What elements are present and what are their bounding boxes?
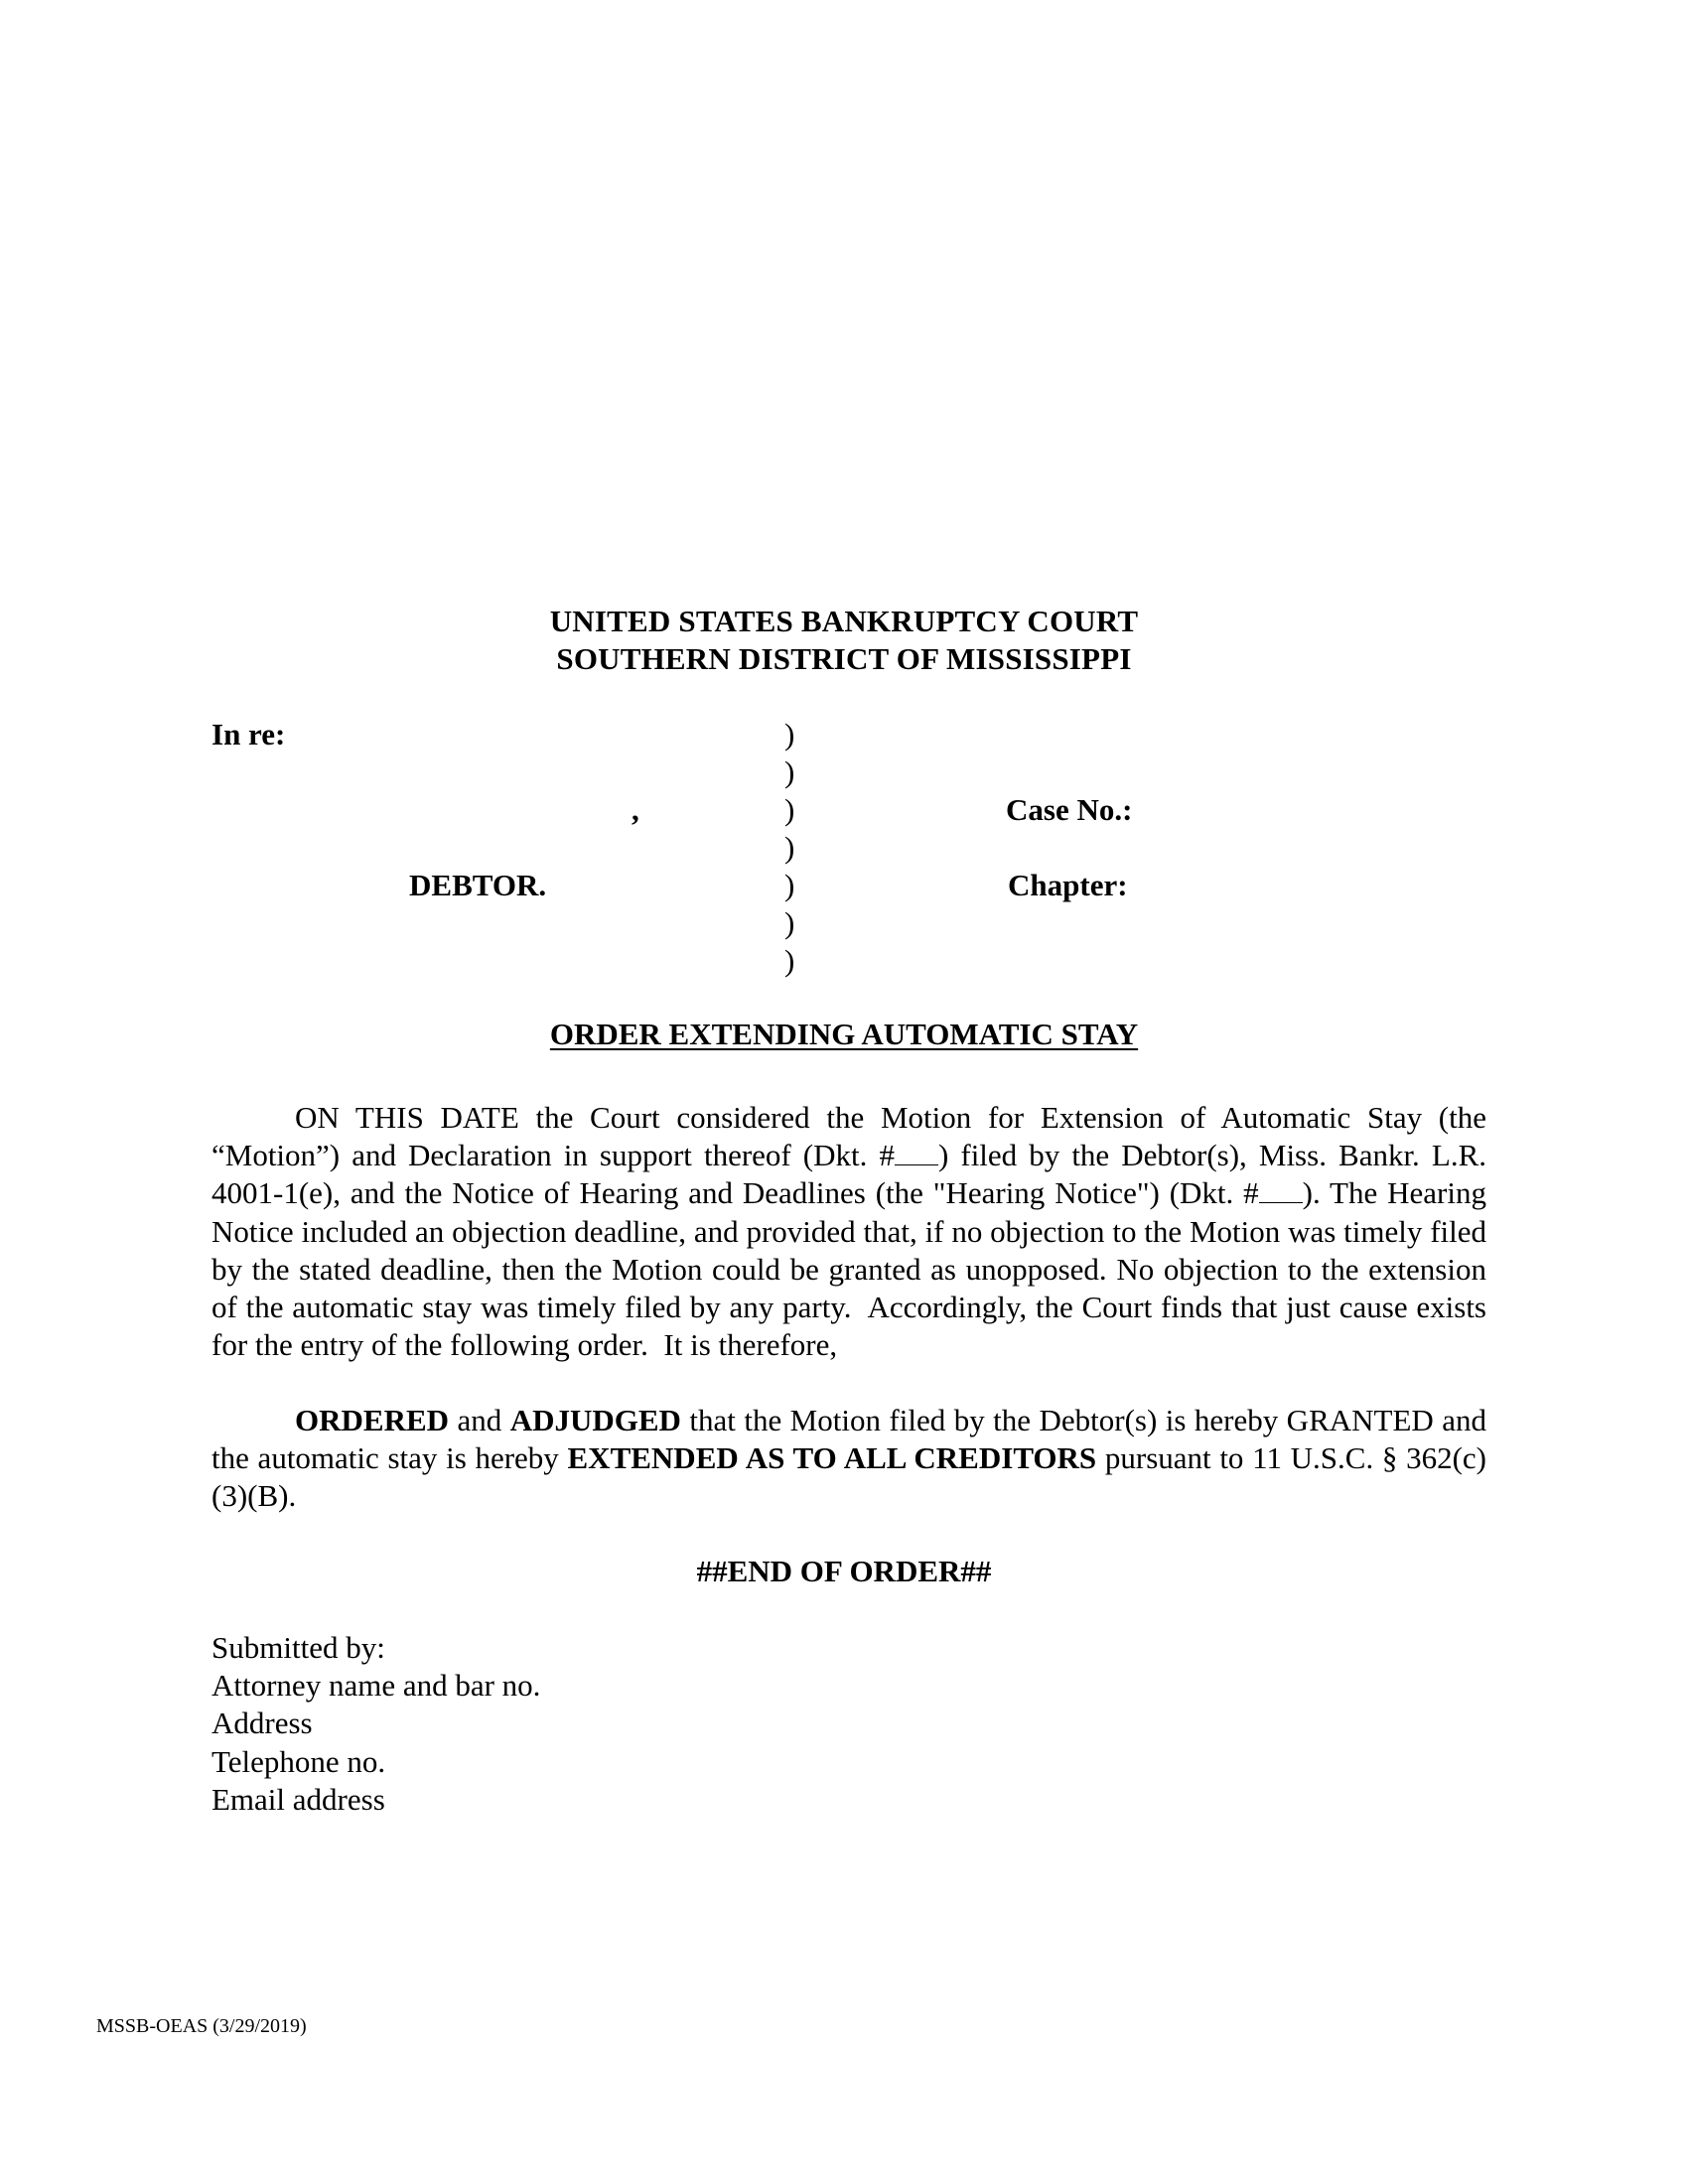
order-title: ORDER EXTENDING AUTOMATIC STAY bbox=[0, 1016, 1688, 1053]
caption-paren: ) bbox=[784, 829, 804, 867]
ordering-text-1: and bbox=[449, 1403, 510, 1437]
end-of-order-marker: ##END OF ORDER## bbox=[0, 1553, 1688, 1590]
court-header: UNITED STATES BANKRUPTCY COURT SOUTHERN … bbox=[0, 603, 1688, 678]
adjudged-term: ADJUDGED bbox=[510, 1403, 681, 1437]
in-re-label: In re: bbox=[211, 716, 285, 753]
submitted-by-label: Submitted by: bbox=[211, 1629, 540, 1667]
court-district: SOUTHERN DISTRICT OF MISSISSIPPI bbox=[0, 640, 1688, 678]
caption-paren: ) bbox=[784, 716, 804, 753]
court-name: UNITED STATES BANKRUPTCY COURT bbox=[0, 603, 1688, 640]
case-caption: In re: , DEBTOR. ))))))) Case No.: Chapt… bbox=[0, 716, 1688, 984]
telephone-line: Telephone no. bbox=[211, 1743, 540, 1781]
caption-paren: ) bbox=[784, 942, 804, 980]
docket-number-blank-1 bbox=[895, 1139, 938, 1165]
caption-paren-column: ))))))) bbox=[784, 716, 804, 980]
caption-paren: ) bbox=[784, 753, 804, 791]
debtor-label: DEBTOR. bbox=[409, 867, 546, 904]
submitted-by-block: Submitted by: Attorney name and bar no. … bbox=[211, 1629, 540, 1819]
docket-number-blank-2 bbox=[1259, 1176, 1303, 1203]
debtor-name-separator: , bbox=[632, 791, 639, 829]
caption-paren: ) bbox=[784, 867, 804, 904]
email-line: Email address bbox=[211, 1781, 540, 1819]
attorney-name-line: Attorney name and bar no. bbox=[211, 1667, 540, 1705]
caption-paren: ) bbox=[784, 791, 804, 829]
chapter-label: Chapter: bbox=[1008, 867, 1128, 904]
ordering-paragraph: ORDERED and ADJUDGED that the Motion fil… bbox=[211, 1402, 1486, 1516]
address-line: Address bbox=[211, 1705, 540, 1742]
case-no-label: Case No.: bbox=[1006, 791, 1132, 829]
document-page: UNITED STATES BANKRUPTCY COURT SOUTHERN … bbox=[0, 0, 1688, 2184]
order-title-text: ORDER EXTENDING AUTOMATIC STAY bbox=[550, 1017, 1138, 1051]
caption-paren: ) bbox=[784, 904, 804, 942]
extended-as-to-all-creditors: EXTENDED AS TO ALL CREDITORS bbox=[568, 1440, 1097, 1475]
ordered-term: ORDERED bbox=[295, 1403, 449, 1437]
form-code-footer: MSSB-OEAS (3/29/2019) bbox=[96, 2013, 307, 2039]
findings-paragraph: ON THIS DATE the Court considered the Mo… bbox=[211, 1099, 1486, 1364]
